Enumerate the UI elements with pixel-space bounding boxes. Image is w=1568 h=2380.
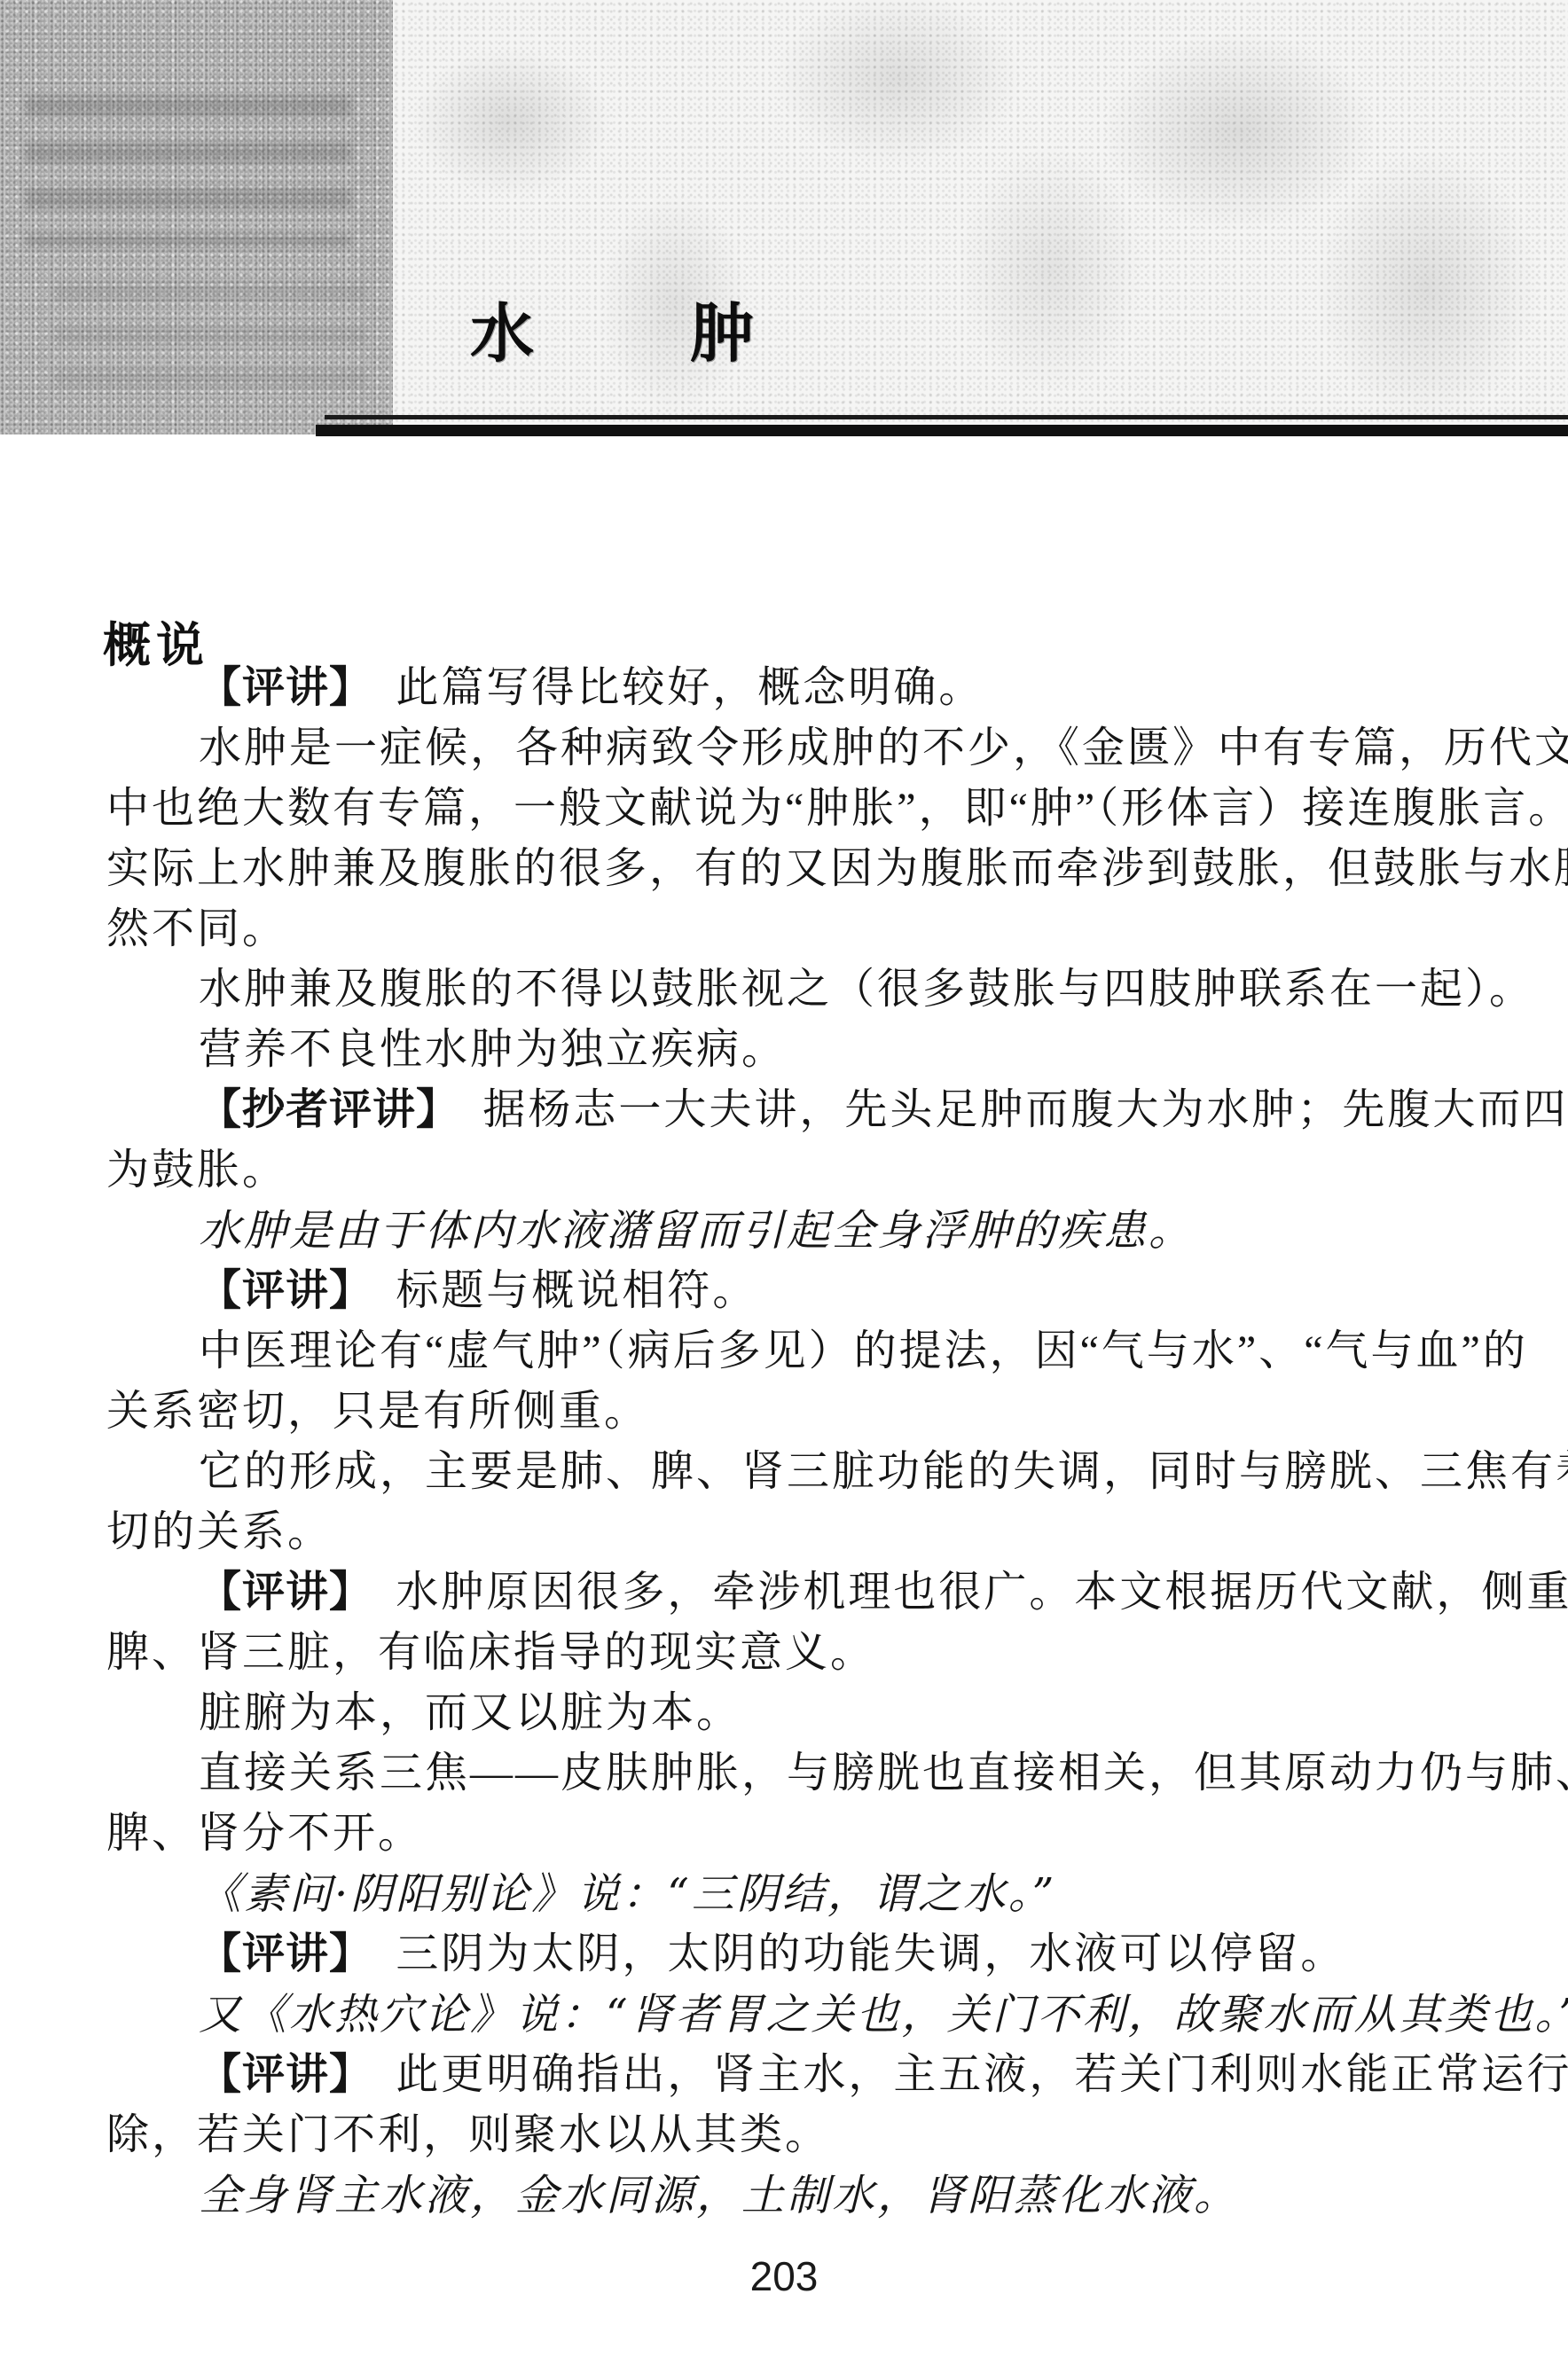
- line-text: 中医理论有“虚气肿”（病后多见）的提法，因“气与水”、“气与血”的: [199, 1327, 1528, 1374]
- line-text: 它的形成，主要是肺、脾、肾三脏功能的失调，同时与膀胱、三焦有着密: [199, 1448, 1568, 1495]
- line-text: 标题与概说相符。: [396, 1267, 757, 1314]
- text-line: 【评讲】标题与概说相符。: [106, 1261, 1465, 1321]
- page-number: 203: [0, 2252, 1568, 2300]
- line-text: 除，若关门不利，则聚水以从其类。: [106, 2111, 830, 2158]
- text-line: 脾、肾三脏，有临床指导的现实意义。: [106, 1623, 1465, 1683]
- commentary-marker: 【评讲】: [199, 1267, 372, 1314]
- line-text: 脾、肾三脏，有临床指导的现实意义。: [106, 1629, 875, 1676]
- line-text: 三阴为太阴，太阴的功能失调，水液可以停留。: [396, 1930, 1345, 1977]
- line-text: 脏腑为本，而又以脏为本。: [199, 1689, 741, 1736]
- chapter-header-illustration: [393, 0, 1568, 435]
- text-line: 水肿兼及腹胀的不得以鼓胀视之（很多鼓胀与四肢肿联系在一起）。: [106, 959, 1465, 1020]
- text-line: 切的关系。: [106, 1502, 1465, 1562]
- header-rule-thin: [325, 415, 1568, 419]
- text-line: 它的形成，主要是肺、脾、肾三脏功能的失调，同时与膀胱、三焦有着密: [106, 1442, 1465, 1502]
- text-line: 水肿是由于体内水液潴留而引起全身浮肿的疾患。: [106, 1201, 1465, 1261]
- commentary-marker: 【抄者评讲】: [199, 1086, 459, 1133]
- line-text: 此篇写得比较好，概念明确。: [396, 664, 984, 711]
- line-text: 水肿原因很多，牵涉机理也很广。本文根据历代文献，侧重肺、: [396, 1569, 1568, 1616]
- line-text: 营养不良性水肿为独立疾病。: [199, 1026, 787, 1073]
- text-line: 水肿是一症候，各种病致令形成肿的不少，《金匮》中有专篇，历代文献: [106, 718, 1465, 779]
- line-text: 脾、肾分不开。: [106, 1810, 423, 1857]
- text-line: 直接关系三焦——皮肤肿胀，与膀胱也直接相关，但其原动力仍与肺、: [106, 1743, 1465, 1804]
- body-text: 【评讲】此篇写得比较好，概念明确。水肿是一症候，各种病致令形成肿的不少，《金匮》…: [106, 658, 1465, 2226]
- line-text: 切的关系。: [106, 1508, 333, 1555]
- text-line: 全身肾主水液，金水同源，土制水，肾阳蒸化水液。: [106, 2165, 1465, 2226]
- text-line: 实际上水肿兼及腹胀的很多，有的又因为腹胀而牵涉到鼓胀，但鼓胀与水肿截: [106, 839, 1465, 899]
- text-line: 脾、肾分不开。: [106, 1804, 1465, 1864]
- commentary-marker: 【评讲】: [199, 2051, 372, 2098]
- text-line: 《素问·阴阳别论》说：“三阴结，谓之水。”: [106, 1864, 1465, 1924]
- text-line: 关系密切，只是有所侧重。: [106, 1382, 1465, 1442]
- text-line: 营养不良性水肿为独立疾病。: [106, 1020, 1465, 1080]
- line-text: 又《水热穴论》说：“肾者胃之关也，关门不利，故聚水而从其类也。”: [199, 1990, 1568, 2039]
- line-text: 水肿兼及腹胀的不得以鼓胀视之（很多鼓胀与四肢肿联系在一起）。: [199, 966, 1534, 1013]
- line-text: 《素问·阴阳别论》说：“三阴结，谓之水。”: [199, 1869, 1056, 1919]
- text-line: 又《水热穴论》说：“肾者胃之关也，关门不利，故聚水而从其类也。”: [106, 1985, 1465, 2045]
- commentary-marker: 【评讲】: [199, 1569, 372, 1616]
- text-line: 【评讲】此篇写得比较好，概念明确。: [106, 658, 1465, 718]
- chapter-title-char-2: 肿: [690, 282, 754, 374]
- line-text: 实际上水肿兼及腹胀的很多，有的又因为腹胀而牵涉到鼓胀，但鼓胀与水肿截: [106, 845, 1568, 892]
- line-text: 关系密切，只是有所侧重。: [106, 1388, 649, 1435]
- text-line: 【评讲】此更明确指出，肾主水，主五液，若关门利则水能正常运行与排: [106, 2045, 1465, 2105]
- text-line: 脏腑为本，而又以脏为本。: [106, 1683, 1465, 1743]
- text-line: 除，若关门不利，则聚水以从其类。: [106, 2105, 1465, 2165]
- text-line: 为鼓胀。: [106, 1140, 1465, 1201]
- line-text: 然不同。: [106, 905, 287, 952]
- commentary-marker: 【评讲】: [199, 664, 372, 711]
- text-line: 中医理论有“虚气肿”（病后多见）的提法，因“气与水”、“气与血”的: [106, 1321, 1465, 1382]
- line-text: 为鼓胀。: [106, 1147, 287, 1194]
- line-text: 此更明确指出，肾主水，主五液，若关门利则水能正常运行与排: [396, 2051, 1568, 2098]
- line-text: 直接关系三焦——皮肤肿胀，与膀胱也直接相关，但其原动力仍与肺、: [199, 1750, 1568, 1797]
- text-line: 【抄者评讲】据杨志一大夫讲，先头足肿而腹大为水肿；先腹大而四肢肿: [106, 1080, 1465, 1140]
- text-line: 【评讲】水肿原因很多，牵涉机理也很广。本文根据历代文献，侧重肺、: [106, 1562, 1465, 1623]
- header-rule-thick: [316, 425, 1568, 436]
- chapter-header-band: 水 肿: [0, 0, 1568, 436]
- text-line: 然不同。: [106, 899, 1465, 959]
- line-text: 全身肾主水液，金水同源，土制水，肾阳蒸化水液。: [199, 2171, 1239, 2220]
- line-text: 水肿是由于体内水液潴留而引起全身浮肿的疾患。: [199, 1206, 1194, 1256]
- line-text: 中也绝大数有专篇，一般文献说为“肿胀”，即“肿”（形体言）接连腹胀言。: [106, 785, 1568, 832]
- chapter-title-char-1: 水: [470, 282, 534, 374]
- line-text: 据杨志一大夫讲，先头足肿而腹大为水肿；先腹大而四肢肿: [482, 1086, 1568, 1133]
- text-line: 【评讲】三阴为太阴，太阴的功能失调，水液可以停留。: [106, 1924, 1465, 1985]
- line-text: 水肿是一症候，各种病致令形成肿的不少，《金匮》中有专篇，历代文献: [199, 724, 1568, 771]
- commentary-marker: 【评讲】: [199, 1930, 372, 1977]
- text-line: 中也绝大数有专篇，一般文献说为“肿胀”，即“肿”（形体言）接连腹胀言。: [106, 779, 1465, 839]
- scan-noise-texture: [0, 0, 393, 435]
